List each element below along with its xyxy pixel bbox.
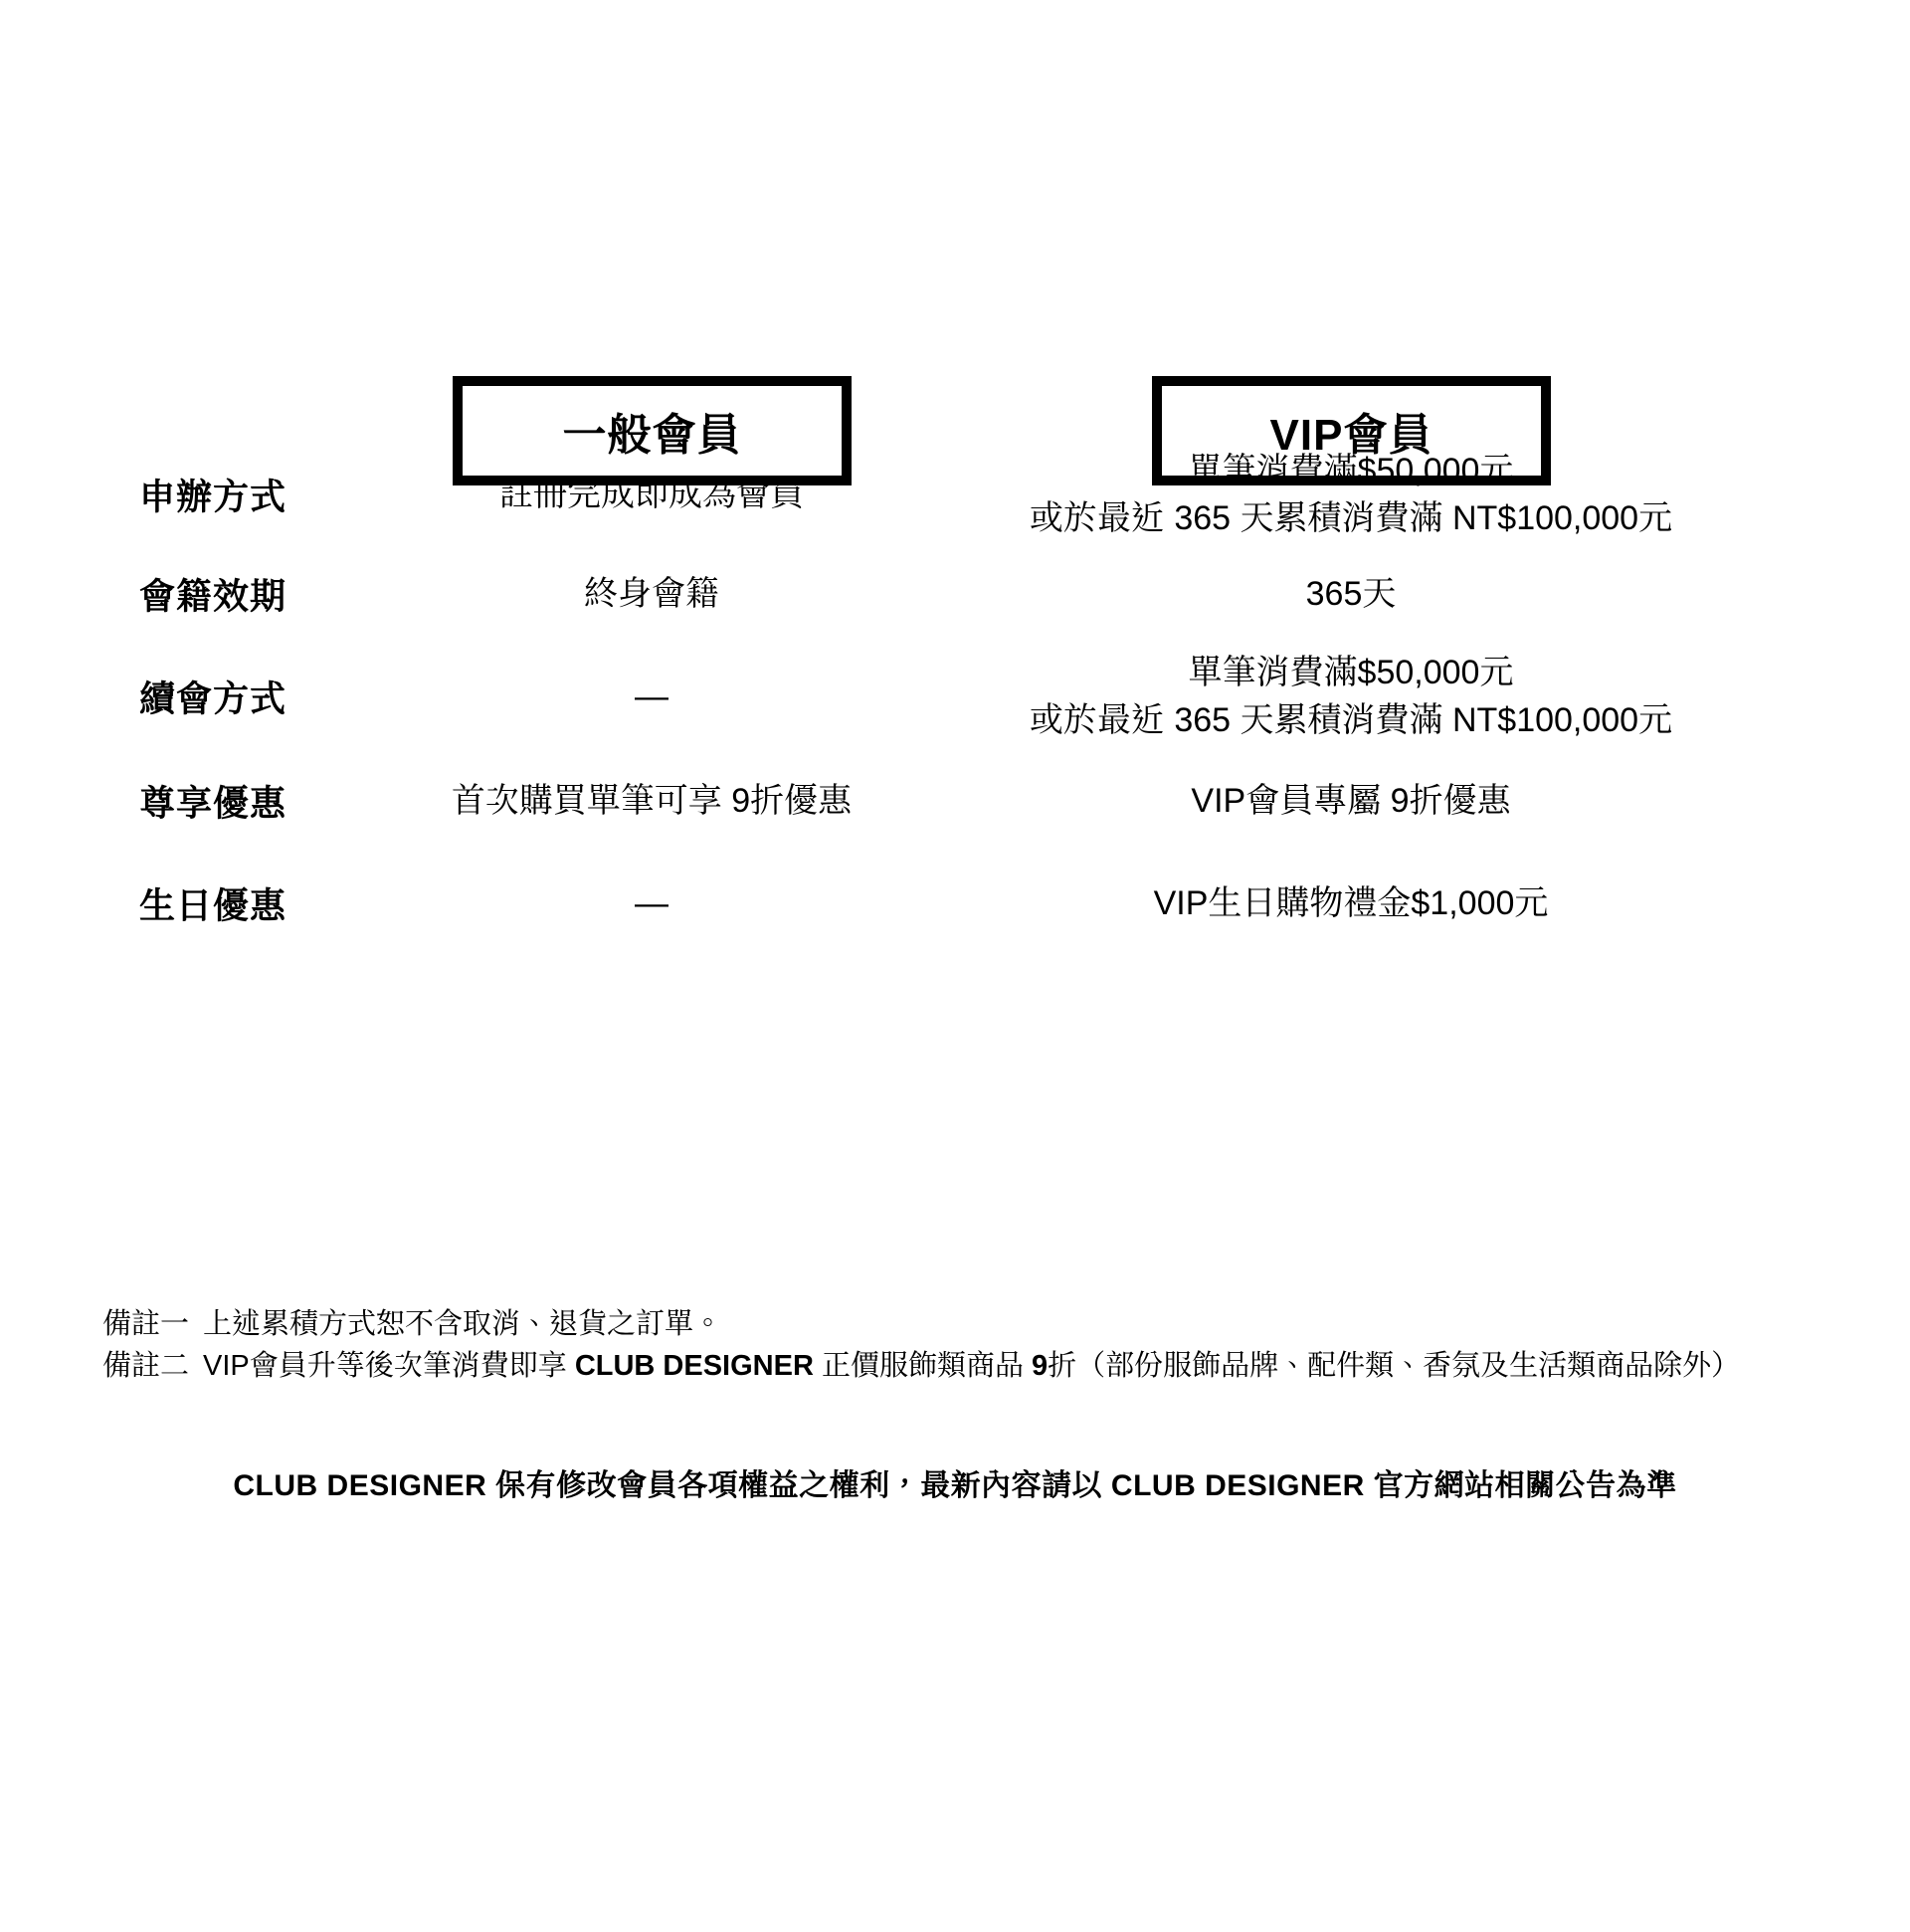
rights-disclaimer: CLUB DESIGNER 保有修改會員各項權益之權利，最新內容請以 CLUB …: [0, 1460, 1910, 1504]
vip-cell-line: VIP會員專屬 9折優惠: [923, 777, 1779, 825]
general-cell: —: [378, 879, 925, 927]
table-row-birthday-benefit: 生日優惠 — VIP生日購物禮金$1,000元: [0, 854, 1910, 953]
vip-cell: VIP會員專屬 9折優惠: [923, 777, 1779, 825]
general-cell: 註冊完成即成為會員: [378, 471, 925, 518]
general-cell-line: 首次購買單筆可享 9折優惠: [378, 777, 925, 825]
row-label: 生日優惠: [139, 878, 286, 929]
general-cell: 首次購買單筆可享 9折優惠: [378, 777, 925, 825]
footnote-2-text-segment: 正價服飾類商品: [814, 1350, 1032, 1382]
table-row-exclusive-discount: 尊享優惠 首次購買單筆可享 9折優惠 VIP會員專屬 9折優惠: [0, 751, 1910, 851]
general-cell-line: —: [378, 673, 925, 720]
row-label: 尊享優惠: [139, 776, 286, 827]
table-row-renewal-method: 續會方式 — 單筆消費滿$50,000元 或於最近 365 天累積消費滿 NT$…: [0, 647, 1910, 746]
table-row-membership-validity: 會籍效期 終身會籍 365天: [0, 544, 1910, 644]
vip-cell-line: 單筆消費滿$50,000元: [923, 649, 1779, 696]
vip-cell-line: 或於最近 365 天累積消費滿 NT$100,000元: [923, 696, 1779, 744]
footnote-2-brand-name: CLUB DESIGNER: [575, 1350, 814, 1382]
vip-cell-line: 或於最近 365 天累積消費滿 NT$100,000元: [923, 494, 1779, 542]
vip-cell-line: 單筆消費滿$50,000元: [923, 447, 1779, 494]
footnote-1-text: 上述累積方式恕不含取消、退貨之訂單。: [203, 1308, 722, 1340]
vip-cell: 單筆消費滿$50,000元 或於最近 365 天累積消費滿 NT$100,000…: [923, 447, 1779, 542]
footnote-2-discount-number: 9: [1032, 1350, 1048, 1382]
footnote-1: 備註一上述累積方式恕不含取消、退貨之訂單。: [102, 1304, 1853, 1344]
row-label: 續會方式: [139, 672, 286, 722]
footnote-2-text-segment: VIP會員升等後次筆消費即享: [203, 1350, 575, 1382]
footnote-1-label: 備註一: [102, 1308, 189, 1340]
footnote-2-text-segment: 折（部份服飾品牌、配件類、香氛及生活類商品除外）: [1048, 1350, 1740, 1382]
general-cell: —: [378, 673, 925, 720]
membership-comparison-page: 一般會員 VIP會員 申辦方式 註冊完成即成為會員 單筆消費滿$50,000元 …: [0, 0, 1910, 1932]
vip-cell: VIP生日購物禮金$1,000元: [923, 879, 1779, 927]
table-row-application-method: 申辦方式 註冊完成即成為會員 單筆消費滿$50,000元 或於最近 365 天累…: [0, 445, 1910, 544]
general-cell: 終身會籍: [378, 570, 925, 618]
vip-cell: 單筆消費滿$50,000元 或於最近 365 天累積消費滿 NT$100,000…: [923, 649, 1779, 744]
general-cell-line: —: [378, 879, 925, 927]
general-cell-line: 終身會籍: [378, 570, 925, 618]
footnote-2-label: 備註二: [102, 1350, 189, 1382]
row-label: 會籍效期: [139, 569, 286, 620]
vip-cell-line: VIP生日購物禮金$1,000元: [923, 879, 1779, 927]
footnote-2: 備註二VIP會員升等後次筆消費即享 CLUB DESIGNER 正價服飾類商品 …: [102, 1346, 1853, 1386]
row-label: 申辦方式: [139, 470, 286, 520]
vip-cell: 365天: [923, 570, 1779, 618]
vip-cell-line: 365天: [923, 570, 1779, 618]
general-cell-line: 註冊完成即成為會員: [378, 471, 925, 518]
